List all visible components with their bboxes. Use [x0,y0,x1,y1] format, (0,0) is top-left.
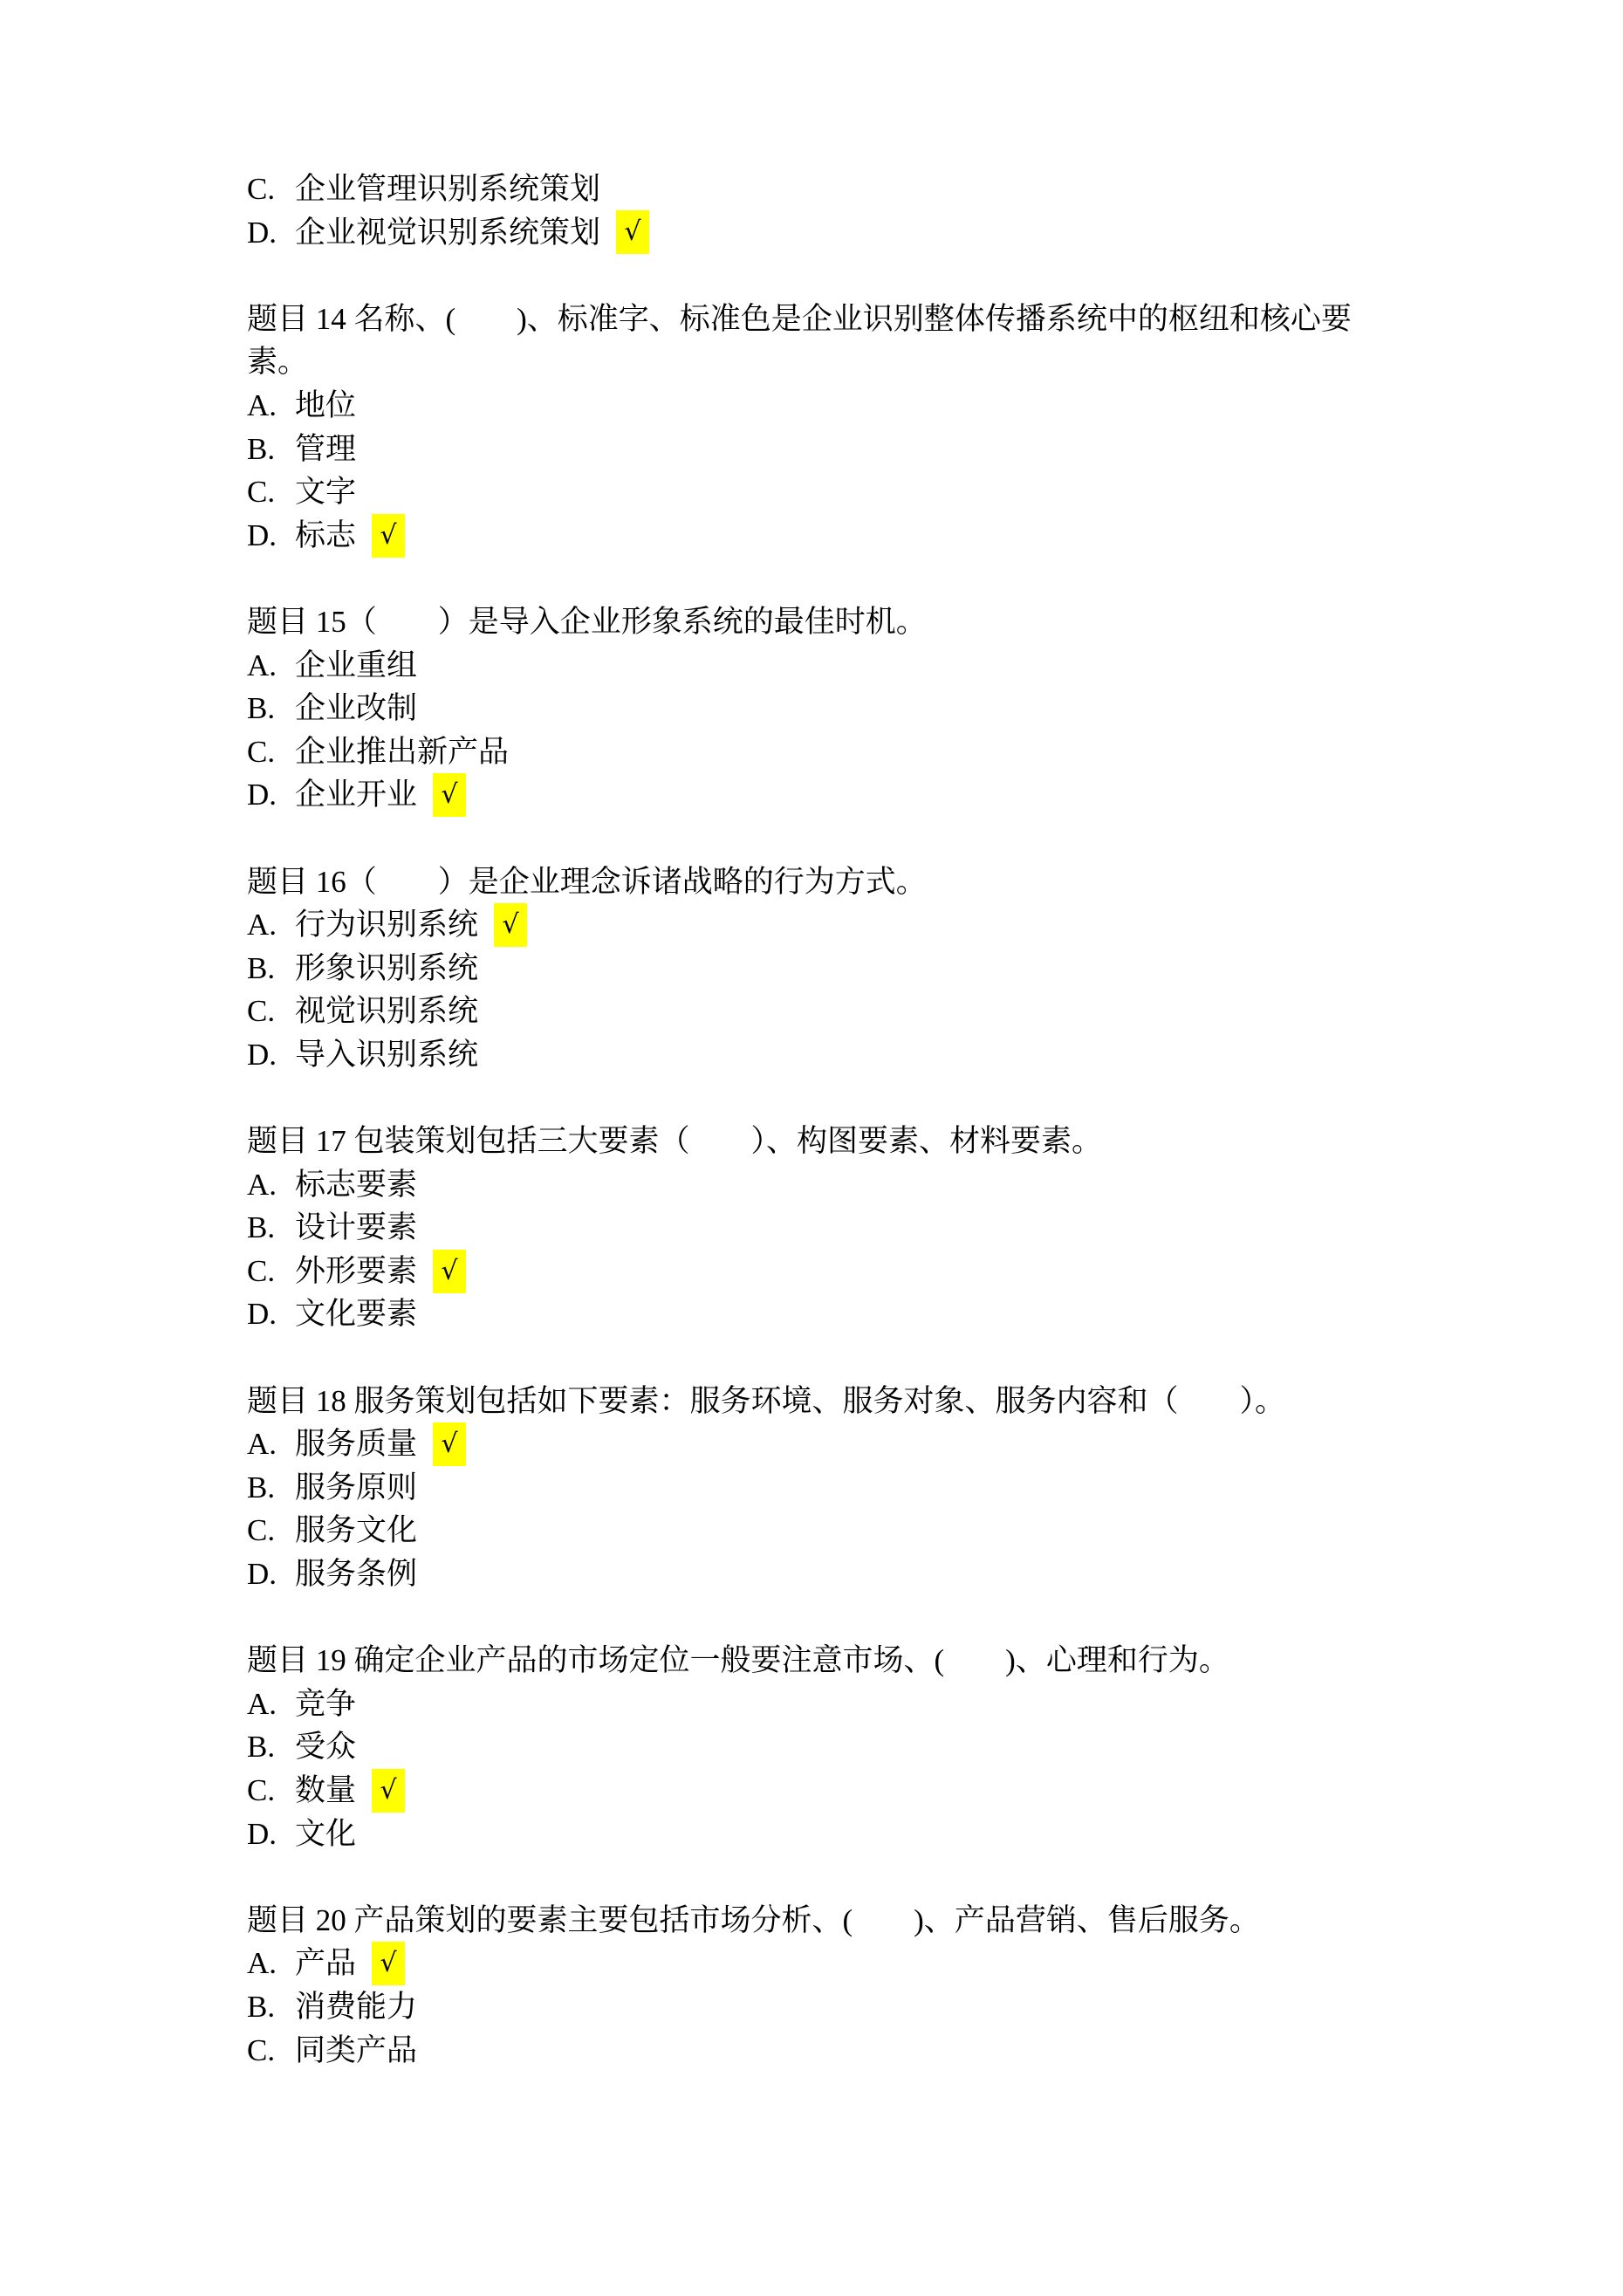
option-text: 同类产品 [295,2029,417,2073]
option-letter: B. [247,687,295,730]
option-letter: C. [247,990,295,1033]
option-c: C. 企业管理识别系统策划 [247,168,1399,211]
question-stem: 题目 20 产品策划的要素主要包括市场分析、( )、产品营销、售后服务。 [247,1899,1399,1943]
option-text: 受众 [295,1725,356,1769]
option-letter: C. [247,2029,295,2073]
option-text: 竞争 [295,1683,356,1726]
option-a: A. 企业重组 [247,644,1399,688]
option-c: C. 企业推出新产品 [247,730,1399,774]
option-text: 服务质量 [295,1422,417,1466]
option-text: 导入识别系统 [295,1033,478,1077]
option-c: C. 视觉识别系统 [247,990,1399,1033]
option-text: 视觉识别系统 [295,990,478,1033]
option-text: 标志要素 [295,1163,417,1207]
option-a: A. 地位 [247,384,1399,428]
option-letter: A. [247,903,295,947]
correct-answer-check-icon: √ [433,1422,466,1466]
option-a: A. 竞争 [247,1683,1399,1726]
option-letter: B. [247,428,295,471]
question-14: 题目 14 名称、( )、标准字、标准色是企业识别整体传播系统中的枢纽和核心要素… [247,298,1399,558]
option-b: B. 消费能力 [247,1985,1399,2029]
document-page: C. 企业管理识别系统策划 D. 企业视觉识别系统策划 √ 题目 14 名称、(… [247,168,1399,2072]
option-letter: B. [247,1206,295,1250]
question-15: 题目 15（ ）是导入企业形象系统的最佳时机。 A. 企业重组 B. 企业改制 … [247,600,1399,817]
option-letter: D. [247,1033,295,1077]
correct-answer-check-icon: √ [616,210,649,254]
option-text: 文字 [295,470,356,514]
option-letter: C. [247,470,295,514]
option-d: D. 文化要素 [247,1292,1399,1336]
option-text: 文化 [295,1813,356,1856]
question-stem: 题目 19 确定企业产品的市场定位一般要注意市场、( )、心理和行为。 [247,1639,1399,1683]
question-17: 题目 17 包装策划包括三大要素（ ）、构图要素、材料要素。 A. 标志要素 B… [247,1120,1399,1336]
option-d: D. 文化 [247,1813,1399,1856]
correct-answer-check-icon: √ [433,773,466,817]
option-a: A. 标志要素 [247,1163,1399,1207]
option-text: 数量 [295,1769,356,1813]
option-text: 企业重组 [295,644,417,688]
question-stem: 题目 17 包装策划包括三大要素（ ）、构图要素、材料要素。 [247,1120,1399,1163]
correct-answer-check-icon: √ [494,903,527,947]
option-text: 行为识别系统 [295,903,478,947]
option-b: B. 管理 [247,428,1399,471]
option-text: 企业管理识别系统策划 [295,168,600,211]
option-b: B. 设计要素 [247,1206,1399,1250]
option-letter: C. [247,730,295,774]
option-c: C. 文字 [247,470,1399,514]
option-letter: B. [247,1985,295,2029]
option-c: C. 外形要素 √ [247,1250,1399,1293]
option-d: D. 标志 √ [247,514,1399,558]
correct-answer-check-icon: √ [372,1942,405,1985]
correct-answer-check-icon: √ [372,1769,405,1813]
option-text: 文化要素 [295,1292,417,1336]
option-text: 形象识别系统 [295,947,478,990]
option-letter: C. [247,168,295,211]
correct-answer-check-icon: √ [433,1250,466,1293]
option-text: 设计要素 [295,1206,417,1250]
question-20: 题目 20 产品策划的要素主要包括市场分析、( )、产品营销、售后服务。 A. … [247,1899,1399,2072]
option-letter: A. [247,384,295,428]
question-stem: 题目 18 服务策划包括如下要素：服务环境、服务对象、服务内容和（ ）。 [247,1380,1399,1423]
option-b: B. 形象识别系统 [247,947,1399,990]
option-b: B. 企业改制 [247,687,1399,730]
option-letter: D. [247,773,295,817]
option-a: A. 行为识别系统 √ [247,903,1399,947]
option-text: 服务条例 [295,1552,417,1596]
correct-answer-check-icon: √ [372,514,405,558]
option-letter: D. [247,1813,295,1856]
option-a: A. 服务质量 √ [247,1422,1399,1466]
option-b: B. 服务原则 [247,1466,1399,1510]
question-stem: 题目 15（ ）是导入企业形象系统的最佳时机。 [247,600,1399,644]
option-letter: B. [247,947,295,990]
question-stem: 题目 14 名称、( )、标准字、标准色是企业识别整体传播系统中的枢纽和核心要素… [247,298,1399,384]
option-d: D. 企业开业 √ [247,773,1399,817]
option-text: 管理 [295,428,356,471]
question-stem: 题目 16（ ）是企业理念诉诸战略的行为方式。 [247,860,1399,904]
option-letter: A. [247,1163,295,1207]
option-d: D. 服务条例 [247,1552,1399,1596]
option-c: C. 同类产品 [247,2029,1399,2073]
option-letter: D. [247,1552,295,1596]
option-d: D. 导入识别系统 [247,1033,1399,1077]
option-d: D. 企业视觉识别系统策划 √ [247,211,1399,255]
option-letter: C. [247,1769,295,1813]
question-19: 题目 19 确定企业产品的市场定位一般要注意市场、( )、心理和行为。 A. 竞… [247,1639,1399,1855]
question-16: 题目 16（ ）是企业理念诉诸战略的行为方式。 A. 行为识别系统 √ B. 形… [247,860,1399,1077]
option-text: 企业视觉识别系统策划 [295,211,600,255]
option-letter: C. [247,1250,295,1293]
option-text: 外形要素 [295,1250,417,1293]
option-letter: D. [247,514,295,558]
option-text: 企业推出新产品 [295,730,509,774]
option-letter: A. [247,1422,295,1466]
option-text: 企业开业 [295,773,417,817]
option-letter: A. [247,644,295,688]
option-letter: B. [247,1466,295,1510]
option-text: 消费能力 [295,1985,417,2029]
option-letter: D. [247,1292,295,1336]
option-b: B. 受众 [247,1725,1399,1769]
option-a: A. 产品 √ [247,1942,1399,1985]
option-letter: A. [247,1683,295,1726]
option-letter: D. [247,211,295,255]
option-letter: C. [247,1509,295,1552]
option-letter: A. [247,1942,295,1985]
option-text: 服务原则 [295,1466,417,1510]
option-text: 地位 [295,384,356,428]
option-text: 企业改制 [295,687,417,730]
option-text: 产品 [295,1942,356,1985]
option-c: C. 数量 √ [247,1769,1399,1813]
option-text: 标志 [295,514,356,558]
question-18: 题目 18 服务策划包括如下要素：服务环境、服务对象、服务内容和（ ）。 A. … [247,1380,1399,1596]
option-text: 服务文化 [295,1509,417,1552]
option-letter: B. [247,1725,295,1769]
option-c: C. 服务文化 [247,1509,1399,1552]
question-13-continuation: C. 企业管理识别系统策划 D. 企业视觉识别系统策划 √ [247,168,1399,254]
